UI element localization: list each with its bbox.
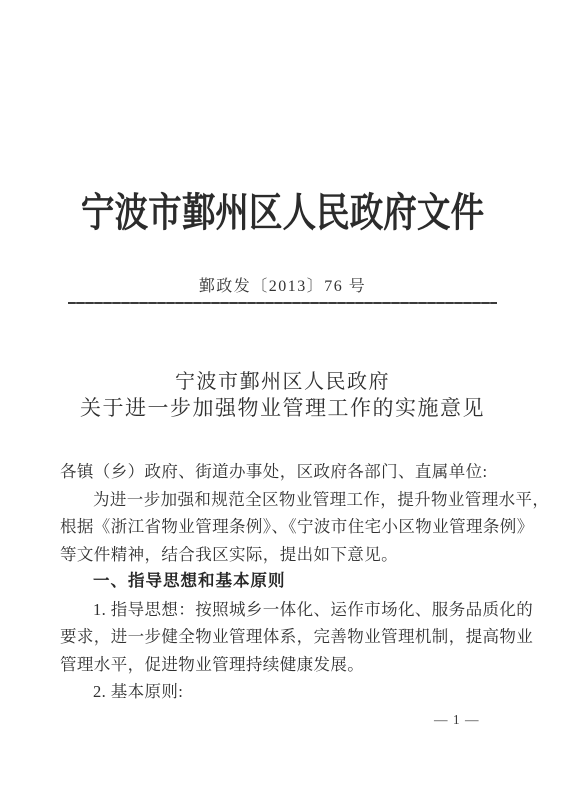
body-line: 等文件精神，结合我区实际，提出如下意见。 — [60, 541, 510, 569]
header-divider-rule — [68, 302, 497, 304]
body-line: 为进一步加强和规范全区物业管理工作，提升物业管理水平， — [60, 486, 510, 514]
document-header-title: 宁波市鄞州区人民政府文件 — [45, 181, 520, 238]
document-body: 各镇（乡）政府、街道办事处，区政府各部门、直属单位: 为进一步加强和规范全区物业… — [60, 458, 510, 706]
body-line: 2. 基本原则: — [60, 678, 510, 706]
document-title: 宁波市鄞州区人民政府 关于进一步加强物业管理工作的实施意见 — [0, 369, 565, 422]
document-title-line-2: 关于进一步加强物业管理工作的实施意见 — [0, 395, 565, 422]
body-line-salutation: 各镇（乡）政府、街道办事处，区政府各部门、直属单位: — [60, 458, 510, 486]
document-title-line-1: 宁波市鄞州区人民政府 — [0, 369, 565, 395]
body-line: 1. 指导思想：按照城乡一体化、运作市场化、服务品质化的 — [60, 596, 510, 624]
scanned-document-page: 宁波市鄞州区人民政府文件 鄞政发〔2013〕76 号 宁波市鄞州区人民政府 关于… — [0, 0, 565, 802]
document-number: 鄞政发〔2013〕76 号 — [0, 273, 565, 296]
page-number: — 1 — — [434, 712, 480, 728]
body-line: 要求，进一步健全物业管理体系，完善物业管理机制，提高物业 — [60, 623, 510, 651]
body-section-heading: 一、指导思想和基本原则 — [60, 568, 510, 596]
body-line: 管理水平，促进物业管理持续健康发展。 — [60, 651, 510, 679]
body-line: 根据《浙江省物业管理条例》、《宁波市住宅小区物业管理条例》 — [60, 513, 510, 541]
